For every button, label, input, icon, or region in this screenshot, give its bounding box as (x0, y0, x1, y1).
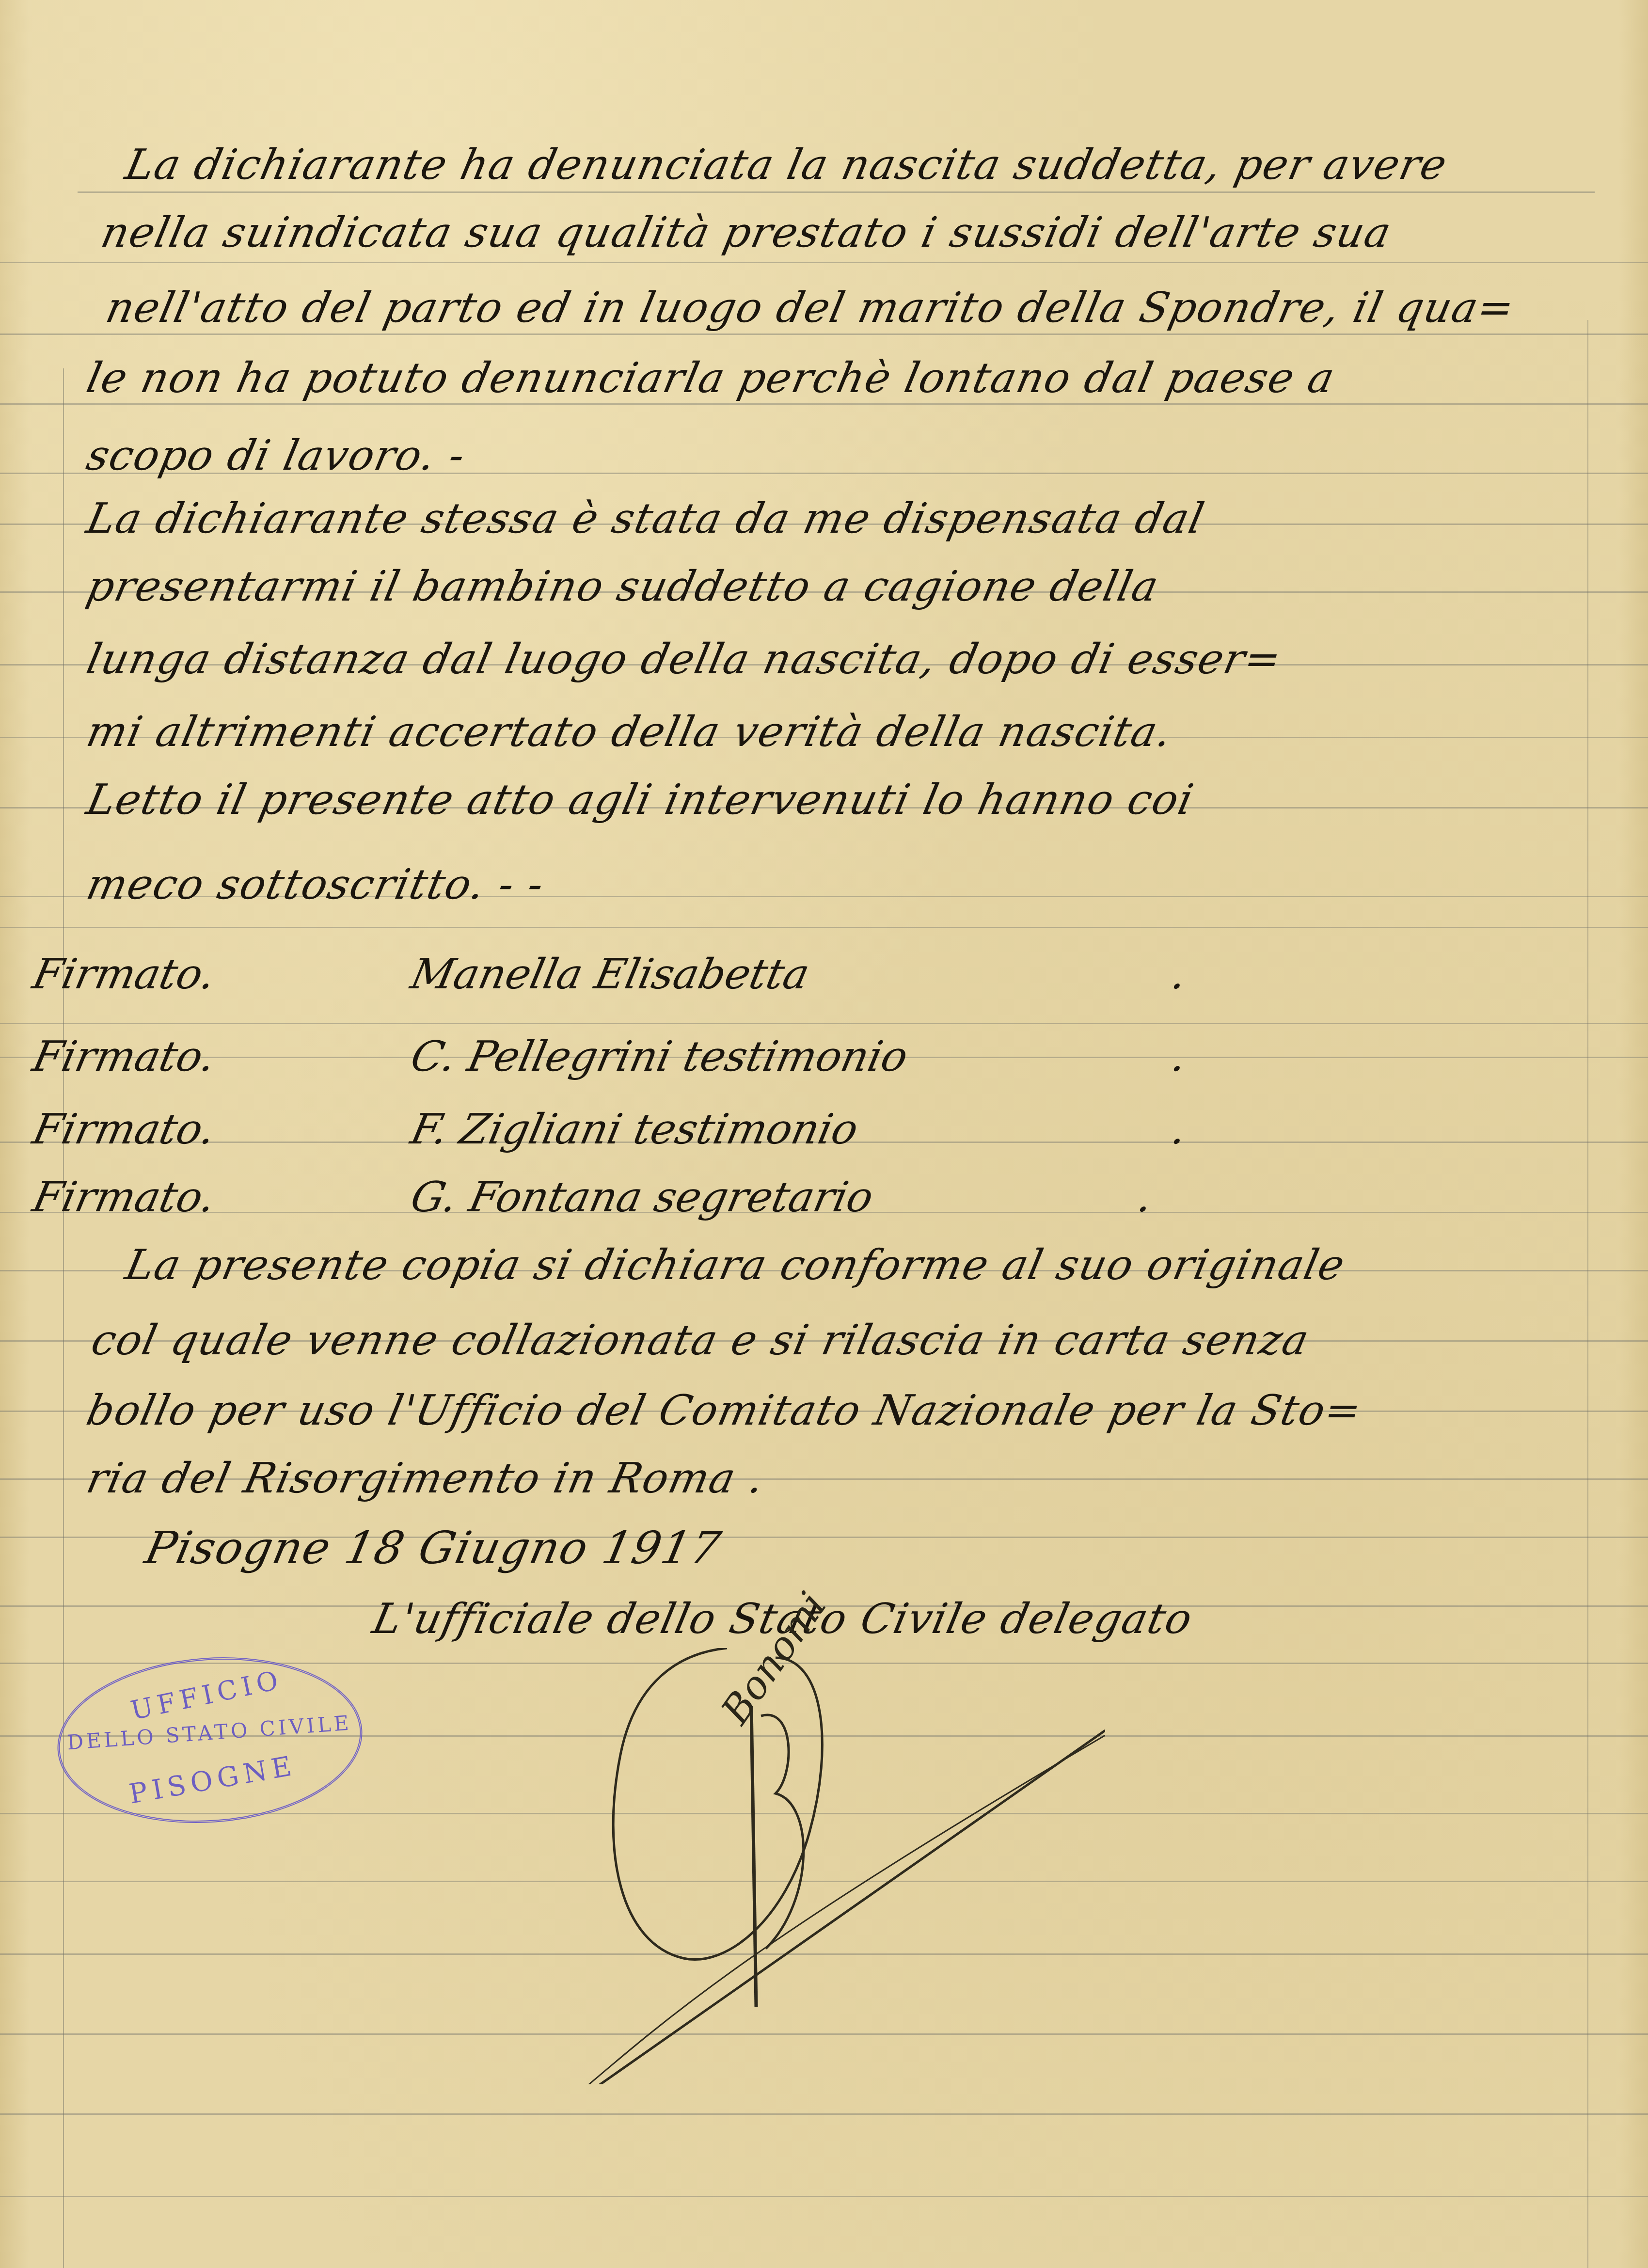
signature-label: Firmato. (29, 1173, 220, 1221)
certification-line: bollo per uso l'Ufficio del Comitato Naz… (82, 1386, 1366, 1435)
body-line: nella suindicata sua qualità prestato i … (97, 208, 1396, 257)
ruled-line (0, 2196, 1648, 2197)
right-margin-rule (1587, 320, 1588, 2268)
ruled-line (0, 262, 1648, 263)
certification-line: La presente copia si dichiara conforme a… (121, 1241, 1350, 1289)
certification-line: ria del Risorgimento in Roma . (82, 1454, 769, 1503)
ruled-line (78, 191, 1595, 193)
ruled-line (0, 1023, 1648, 1024)
body-line: le non ha potuto denunciarla perchè lont… (82, 354, 1339, 402)
signature-end: . (1168, 1105, 1191, 1154)
place-date: Pisogne 18 Giugno 1917 (141, 1522, 726, 1574)
official-stamp: UFFICIO DELLO STATO CIVILE PISOGNE (52, 1647, 368, 1833)
signatory-name: Manella Elisabetta (407, 950, 814, 999)
signatory-name: G. Fontana segretario (407, 1173, 878, 1221)
body-line: presentarmi il bambino suddetto a cagion… (82, 562, 1163, 611)
signature-label: Firmato. (29, 1032, 220, 1081)
body-line: Letto il presente atto agli intervenuti … (82, 776, 1198, 824)
signatory-name: F. Zigliani testimonio (407, 1105, 863, 1154)
signatory-name: C. Pellegrini testimonio (407, 1032, 912, 1081)
left-margin-rule (63, 368, 64, 2268)
ruled-line (0, 403, 1648, 405)
ruled-line (0, 333, 1648, 335)
officer-signature-flourish (523, 1648, 1105, 2084)
ruled-line (0, 2113, 1648, 2115)
body-line: mi altrimenti accertato della verità del… (82, 708, 1177, 756)
signature-label: Firmato. (29, 1105, 220, 1154)
signature-end: . (1134, 1173, 1157, 1221)
ruled-line (0, 927, 1648, 928)
body-line: nell'atto del parto ed in luogo del mari… (102, 284, 1519, 332)
body-line: scopo di lavoro. - (82, 431, 470, 480)
body-line: meco sottoscritto. - - (82, 860, 549, 909)
body-line: La dichiarante stessa è stata da me disp… (82, 494, 1209, 543)
certification-line: col quale venne collazionata e si rilasc… (87, 1316, 1314, 1364)
body-line: lunga distanza dal luogo della nascita, … (82, 635, 1286, 683)
signature-end: . (1168, 950, 1191, 999)
signature-label: Firmato. (29, 950, 220, 999)
body-line: La dichiarante ha denunciata la nascita … (121, 141, 1452, 189)
